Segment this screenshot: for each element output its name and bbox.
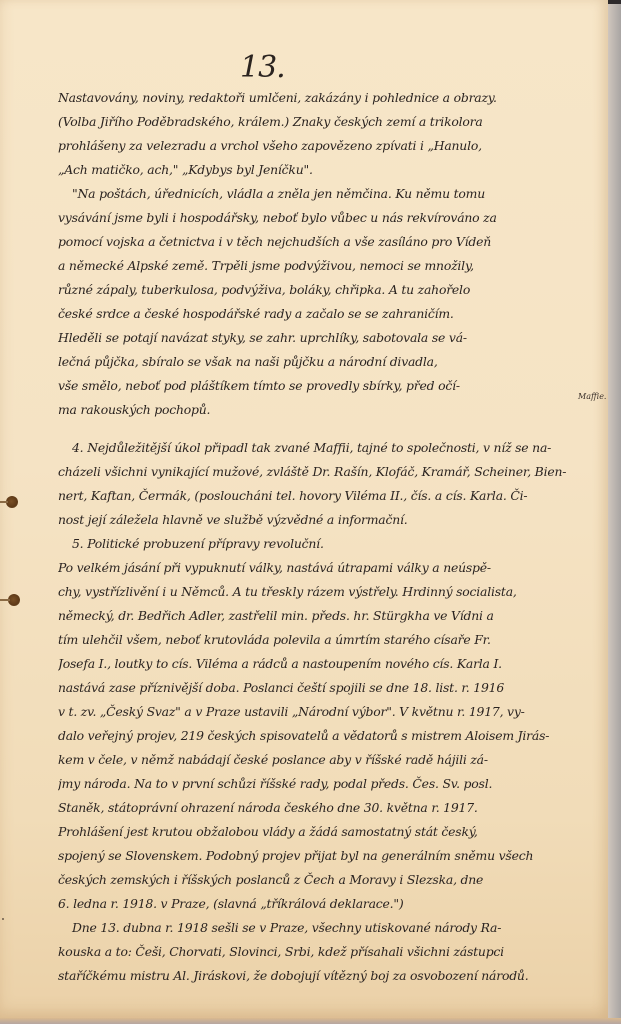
page-bottom-edge <box>0 1018 621 1024</box>
text-line: Dne 13. dubna r. 1918 sešli se v Praze, … <box>58 916 578 940</box>
text-line: lečná půjčka, sbíralo se však na naši pů… <box>58 350 578 374</box>
manuscript-page: 13. Nastavovány, noviny, redaktoři umlče… <box>0 0 608 1018</box>
text-line: chy, vystřízlivění i u Němců. A tu třesk… <box>58 580 578 604</box>
text-line: Po velkém jásání při vypuknutí války, na… <box>58 556 578 580</box>
binding-hole-icon <box>8 594 20 606</box>
text-line: "Na poštách, úřednicích, vládla a zněla … <box>58 182 578 206</box>
section-number: 4. <box>72 440 83 455</box>
text-line: kem v čele, v němž nabádají české poslan… <box>58 748 578 772</box>
text-line: 4. Nejdůležitější úkol připadl tak zvané… <box>58 436 578 460</box>
text-line: (Volba Jiřího Poděbradského, králem.) Zn… <box>58 110 578 134</box>
binding-hole-icon <box>6 496 18 508</box>
text-line: spojený se Slovenskem. Podobný projev př… <box>58 844 578 868</box>
text-line: Nastavovány, noviny, redaktoři umlčeni, … <box>58 86 578 110</box>
margin-note: Maffie. <box>578 392 606 401</box>
text-line: kouska a to: Češi, Chorvati, Slovinci, S… <box>58 940 578 964</box>
text-line: 6. ledna r. 1918. v Praze, (slavná „třík… <box>58 892 578 916</box>
page-edge <box>608 0 621 1024</box>
text-line: a německé Alpské země. Trpěli jsme podvý… <box>58 254 578 278</box>
ink-spot <box>2 918 4 920</box>
text-line: českých zemských i říšských poslanců z Č… <box>58 868 578 892</box>
text-line: české srdce a české hospodářské rady a z… <box>58 302 578 326</box>
page-number: 13. <box>240 50 285 85</box>
text-line: staříčkému mistru Al. Jiráskovi, že dobo… <box>58 964 578 988</box>
manuscript-text: Nastavovány, noviny, redaktoři umlčeni, … <box>58 86 578 988</box>
section-4: 4. Nejdůležitější úkol připadl tak zvané… <box>58 436 578 532</box>
text-line: Prohlášení jest krutou obžalobou vlády a… <box>58 820 578 844</box>
text-line: prohlášeny za velezradu a vrchol všeho z… <box>58 134 578 158</box>
text-line: vysávání jsme byli i hospodářsky, neboť … <box>58 206 578 230</box>
text-line: nastává zase příznivější doba. Poslanci … <box>58 676 578 700</box>
text-line: Hleděli se potají navázat styky, se zahr… <box>58 326 578 350</box>
text-line: nert, Kaftan, Čermák, (posloucháni tel. … <box>58 484 578 508</box>
text-line: vše smělo, neboť pod pláštíkem tímto se … <box>58 374 578 398</box>
text-line: cházeli všichni vynikající mužové, zvláš… <box>58 460 578 484</box>
text-line: německý, dr. Bedřich Adler, zastřelil mi… <box>58 604 578 628</box>
text-line: jmy národa. Na to v první schůzi říšské … <box>58 772 578 796</box>
text-line: „Ach matičko, ach," „Kdybys byl Jeníčku"… <box>58 158 578 182</box>
text-line: tím ulehčil všem, neboť krutovláda polev… <box>58 628 578 652</box>
text-line: nost její záležela hlavně ve službě výzv… <box>58 508 578 532</box>
text-line: dalo veřejný projev, 219 českých spisova… <box>58 724 578 748</box>
text-line: v t. zv. „Český Svaz" a v Praze ustavili… <box>58 700 578 724</box>
text-line: různé zápaly, tuberkulosa, podvýživa, bo… <box>58 278 578 302</box>
section-5: 5. Politické probuzení přípravy revolučn… <box>58 532 578 988</box>
text-line: ma rakouských pochopů. <box>58 398 578 422</box>
text-line: Josefa I., loutky to cís. Viléma a rádců… <box>58 652 578 676</box>
section-heading: 5. Politické probuzení přípravy revolučn… <box>58 532 578 556</box>
text-line: Staněk, státoprávní ohrazení národa česk… <box>58 796 578 820</box>
page-edge-shadow <box>608 0 621 4</box>
text-line: pomocí vojska a četnictva i v těch nejch… <box>58 230 578 254</box>
